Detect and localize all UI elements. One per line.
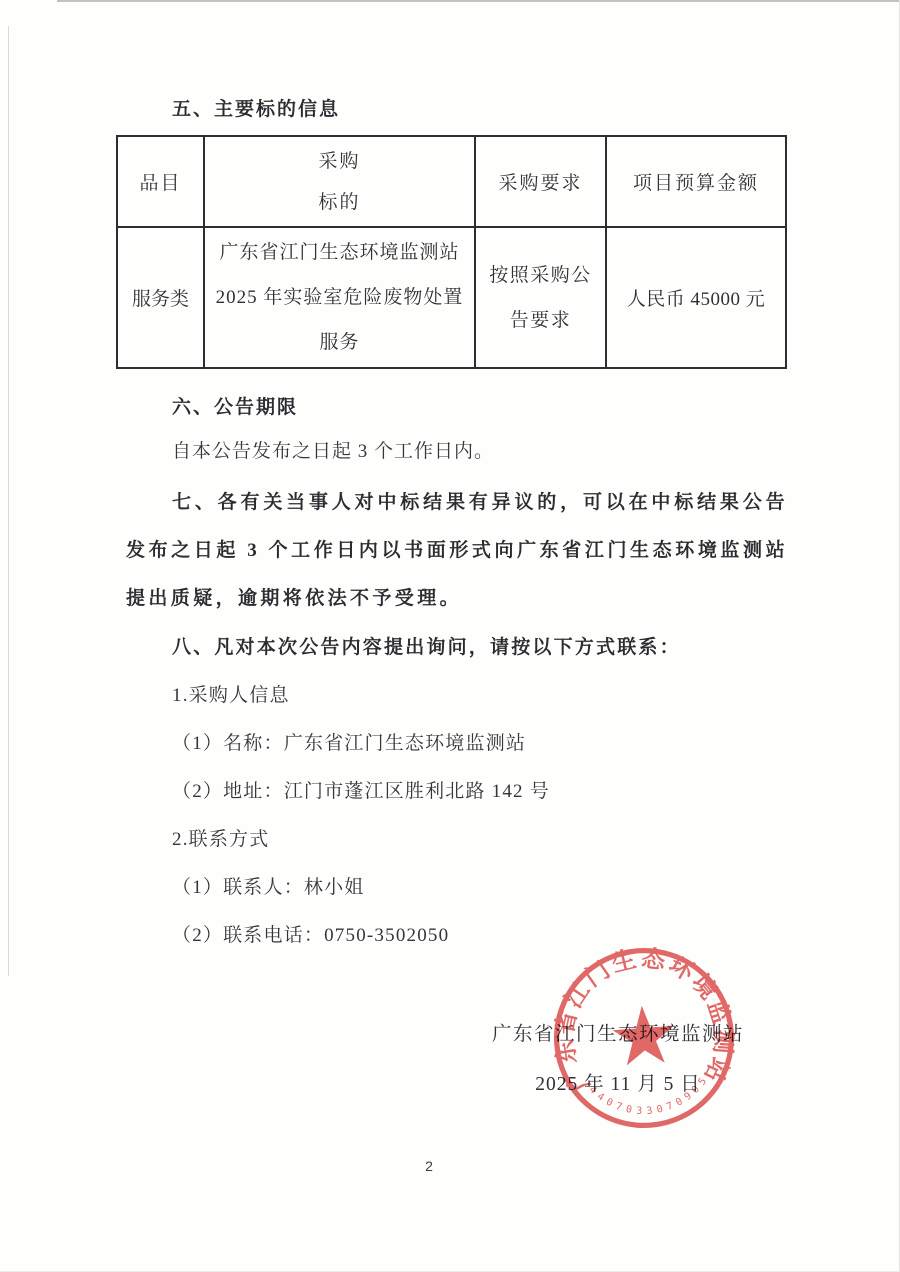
seal-star-icon — [611, 1004, 676, 1067]
section-8-block: 八、凡对本次公告内容提出询问，请按以下方式联系： 1.采购人信息 （1）名称：广… — [126, 624, 788, 960]
official-seal: 广东省江门生态环境监测站 4407033070905 — [549, 943, 739, 1133]
header-item: 品目 — [117, 136, 204, 227]
seal-group: 广东省江门生态环境监测站 4407033070905 — [549, 943, 739, 1132]
cell-requirement: 按照采购公告要求 — [475, 227, 606, 368]
contact-line-person: （1）联系人：林小姐 — [126, 864, 788, 912]
page-number: 2 — [404, 1158, 454, 1174]
table-row: 服务类 广东省江门生态环境监测站 2025 年实验室危险废物处置服务 按照采购公… — [117, 227, 786, 368]
scan-edge-left — [8, 26, 9, 976]
section-7-paragraph: 七、各有关当事人对中标结果有异议的，可以在中标结果公告发布之日起 3 个工作日内… — [126, 479, 788, 623]
scan-edge-top — [57, 0, 899, 2]
contact-line-name: （1）名称：广东省江门生态环境监测站 — [126, 720, 788, 768]
section-8-heading: 八、凡对本次公告内容提出询问，请按以下方式联系： — [126, 624, 788, 672]
section-6-body: 自本公告发布之日起 3 个工作日内。 — [172, 440, 494, 464]
cell-subject: 广东省江门生态环境监测站 2025 年实验室危险废物处置服务 — [204, 227, 475, 368]
section-6-heading: 六、公告期限 — [172, 396, 298, 420]
contact-line-methods: 2.联系方式 — [126, 816, 788, 864]
contact-line-purchaser: 1.采购人信息 — [126, 672, 788, 720]
header-requirement: 采购要求 — [475, 136, 606, 227]
contact-line-address: （2）地址：江门市蓬江区胜利北路 142 号 — [126, 768, 788, 816]
header-subject-line1: 采购 — [211, 141, 468, 182]
document-page: 五、主要标的信息 品目 采购 标的 采购要求 项目预算金额 服务类 广东省江门生… — [0, 0, 900, 1272]
subject-info-table: 品目 采购 标的 采购要求 项目预算金额 服务类 广东省江门生态环境监测站 20… — [116, 135, 787, 369]
cell-budget: 人民币 45000 元 — [606, 227, 786, 368]
header-subject: 采购 标的 — [204, 136, 475, 227]
header-budget: 项目预算金额 — [606, 136, 786, 227]
header-subject-line2: 标的 — [211, 182, 468, 223]
table-header-row: 品目 采购 标的 采购要求 项目预算金额 — [117, 136, 786, 227]
section-5-heading: 五、主要标的信息 — [172, 98, 340, 122]
cell-item: 服务类 — [117, 227, 204, 368]
